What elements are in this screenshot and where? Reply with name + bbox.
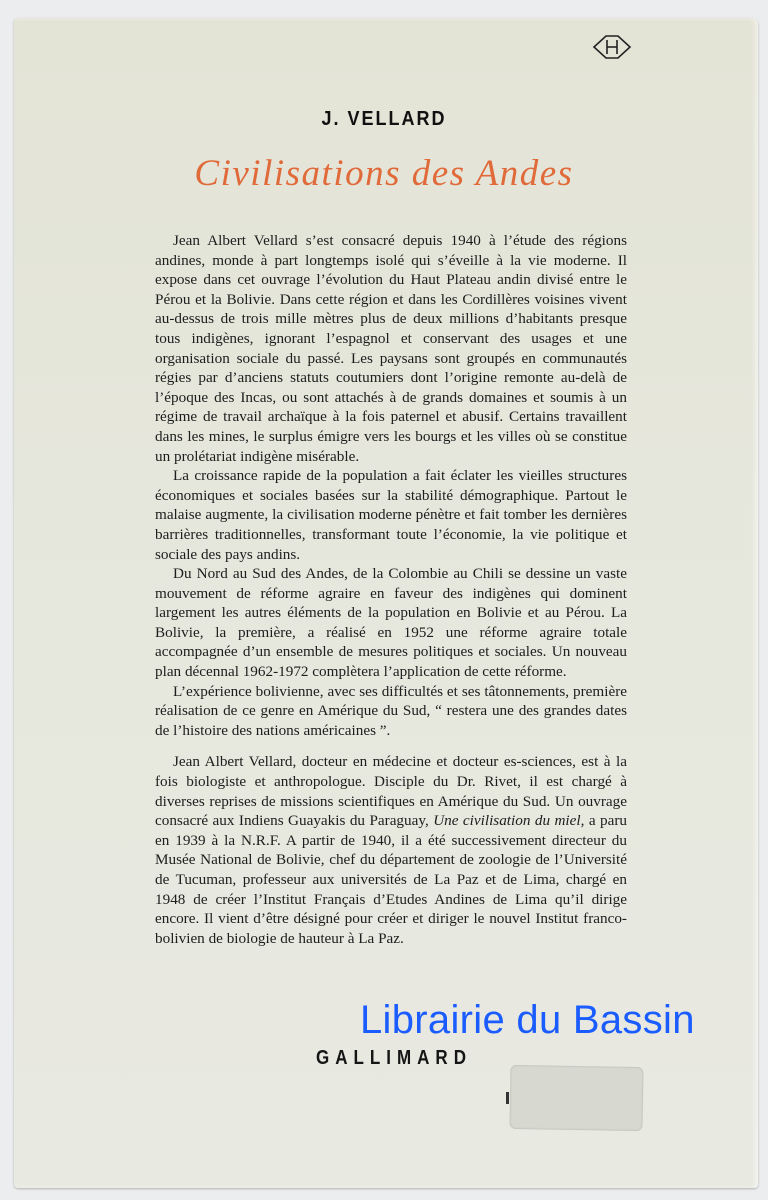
bookshop-watermark: Librairie du Bassin: [360, 998, 695, 1043]
blurb-text: Jean Albert Vellard s’est consacré depui…: [155, 231, 627, 948]
bio-book-title: Une civilisation du miel,: [433, 812, 584, 829]
author-bio: Jean Albert Vellard, docteur en médecine…: [155, 752, 627, 948]
bio-text: a paru en 1939 à la N.R.F. A partir de 1…: [155, 812, 627, 947]
price-sticker-residue: [509, 1065, 643, 1131]
blurb-paragraph: Du Nord au Sud des Andes, de la Colombie…: [155, 564, 627, 682]
publisher-imprint: GALLIMARD: [316, 1046, 472, 1070]
publisher-logo-icon: [592, 34, 632, 60]
sticker-mark: [506, 1092, 509, 1104]
author-name: J. VELLARD: [0, 106, 768, 130]
book-title: Civilisations des Andes: [0, 152, 768, 195]
blurb-paragraph: L’expérience bolivienne, avec ses diffic…: [155, 682, 627, 741]
blurb-paragraph: La croissance rapide de la population a …: [155, 466, 627, 564]
blurb-paragraph: Jean Albert Vellard s’est consacré depui…: [155, 231, 627, 466]
